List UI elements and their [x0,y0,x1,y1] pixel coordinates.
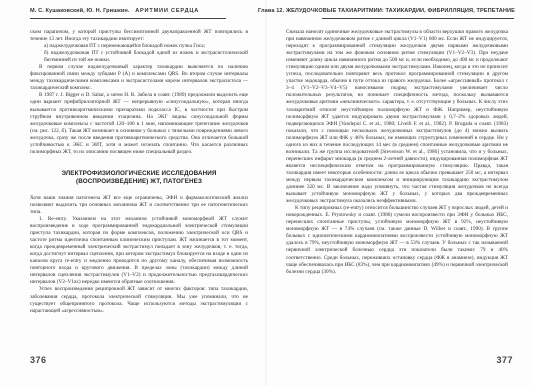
page-number-right: 377 [496,355,513,365]
left-page-body: ским парапичом, у которой приступы бесси… [30,29,248,315]
right-page: Глава 12. ЖЕЛУДОЧКОВЫЕ ТАХИАРИТМИИ: ТАХИ… [266,0,533,386]
section-heading-line2: (ВОСПРОИЗВЕДЕНИЕ) ЖТ, ПАТОГЕНЕЗ [30,178,248,187]
paragraph: К типу реципрокных (re-entry) относится … [286,205,508,275]
header-rule-right [322,18,514,19]
book-spread: М. С. Кушаковский, Ю. Н. Гришкин. АРИТМИ… [0,0,533,386]
running-head-book-title: АРИТМИИ СЕРДЦА [135,8,199,14]
paragraph: Хотя наши знания патогенеза ЖТ все еще о… [30,195,248,216]
running-head-right: Глава 12. ЖЕЛУДОЧКОВЫЕ ТАХИАРИТМИИ: ТАХИ… [258,8,515,14]
paragraph: В 1987 г. J. Bigger и D. Sahar, а затем … [30,92,248,155]
section-heading: ЭЛЕКТРОФИЗИОЛОГИЧЕСКИЕ ИССЛЕДОВАНИЯ (ВОС… [30,170,248,187]
running-head-authors: М. С. Кушаковский, Ю. Н. Гришкин. [30,8,130,14]
paragraph: ским парапичом, у которой приступы бесси… [30,29,248,43]
section-heading-line1: ЭЛЕКТРОФИЗИОЛОГИЧЕСКИЕ ИССЛЕДОВАНИЯ [30,170,248,179]
paragraph: 1. Re-entry. Указанием на этот механизм … [30,216,248,286]
paragraph: Сначала наносят одиночные желудочковые э… [286,29,508,205]
paragraph: Успех воспроизведения реципрокной ЖТ зав… [30,286,248,314]
paragraph: В первом случае наджелудочковый характер… [30,64,248,92]
page-number-left: 376 [30,355,47,365]
list-item: б) наджелудочковая ПТ с устойчивой блока… [30,50,248,64]
right-page-body: Сначала наносят одиночные желудочковые э… [286,29,508,276]
header-rule-left [30,18,226,19]
left-page: М. С. Кушаковский, Ю. Н. Гришкин. АРИТМИ… [0,0,266,386]
running-head-left: М. С. Кушаковский, Ю. Н. Гришкин. АРИТМИ… [30,8,199,14]
